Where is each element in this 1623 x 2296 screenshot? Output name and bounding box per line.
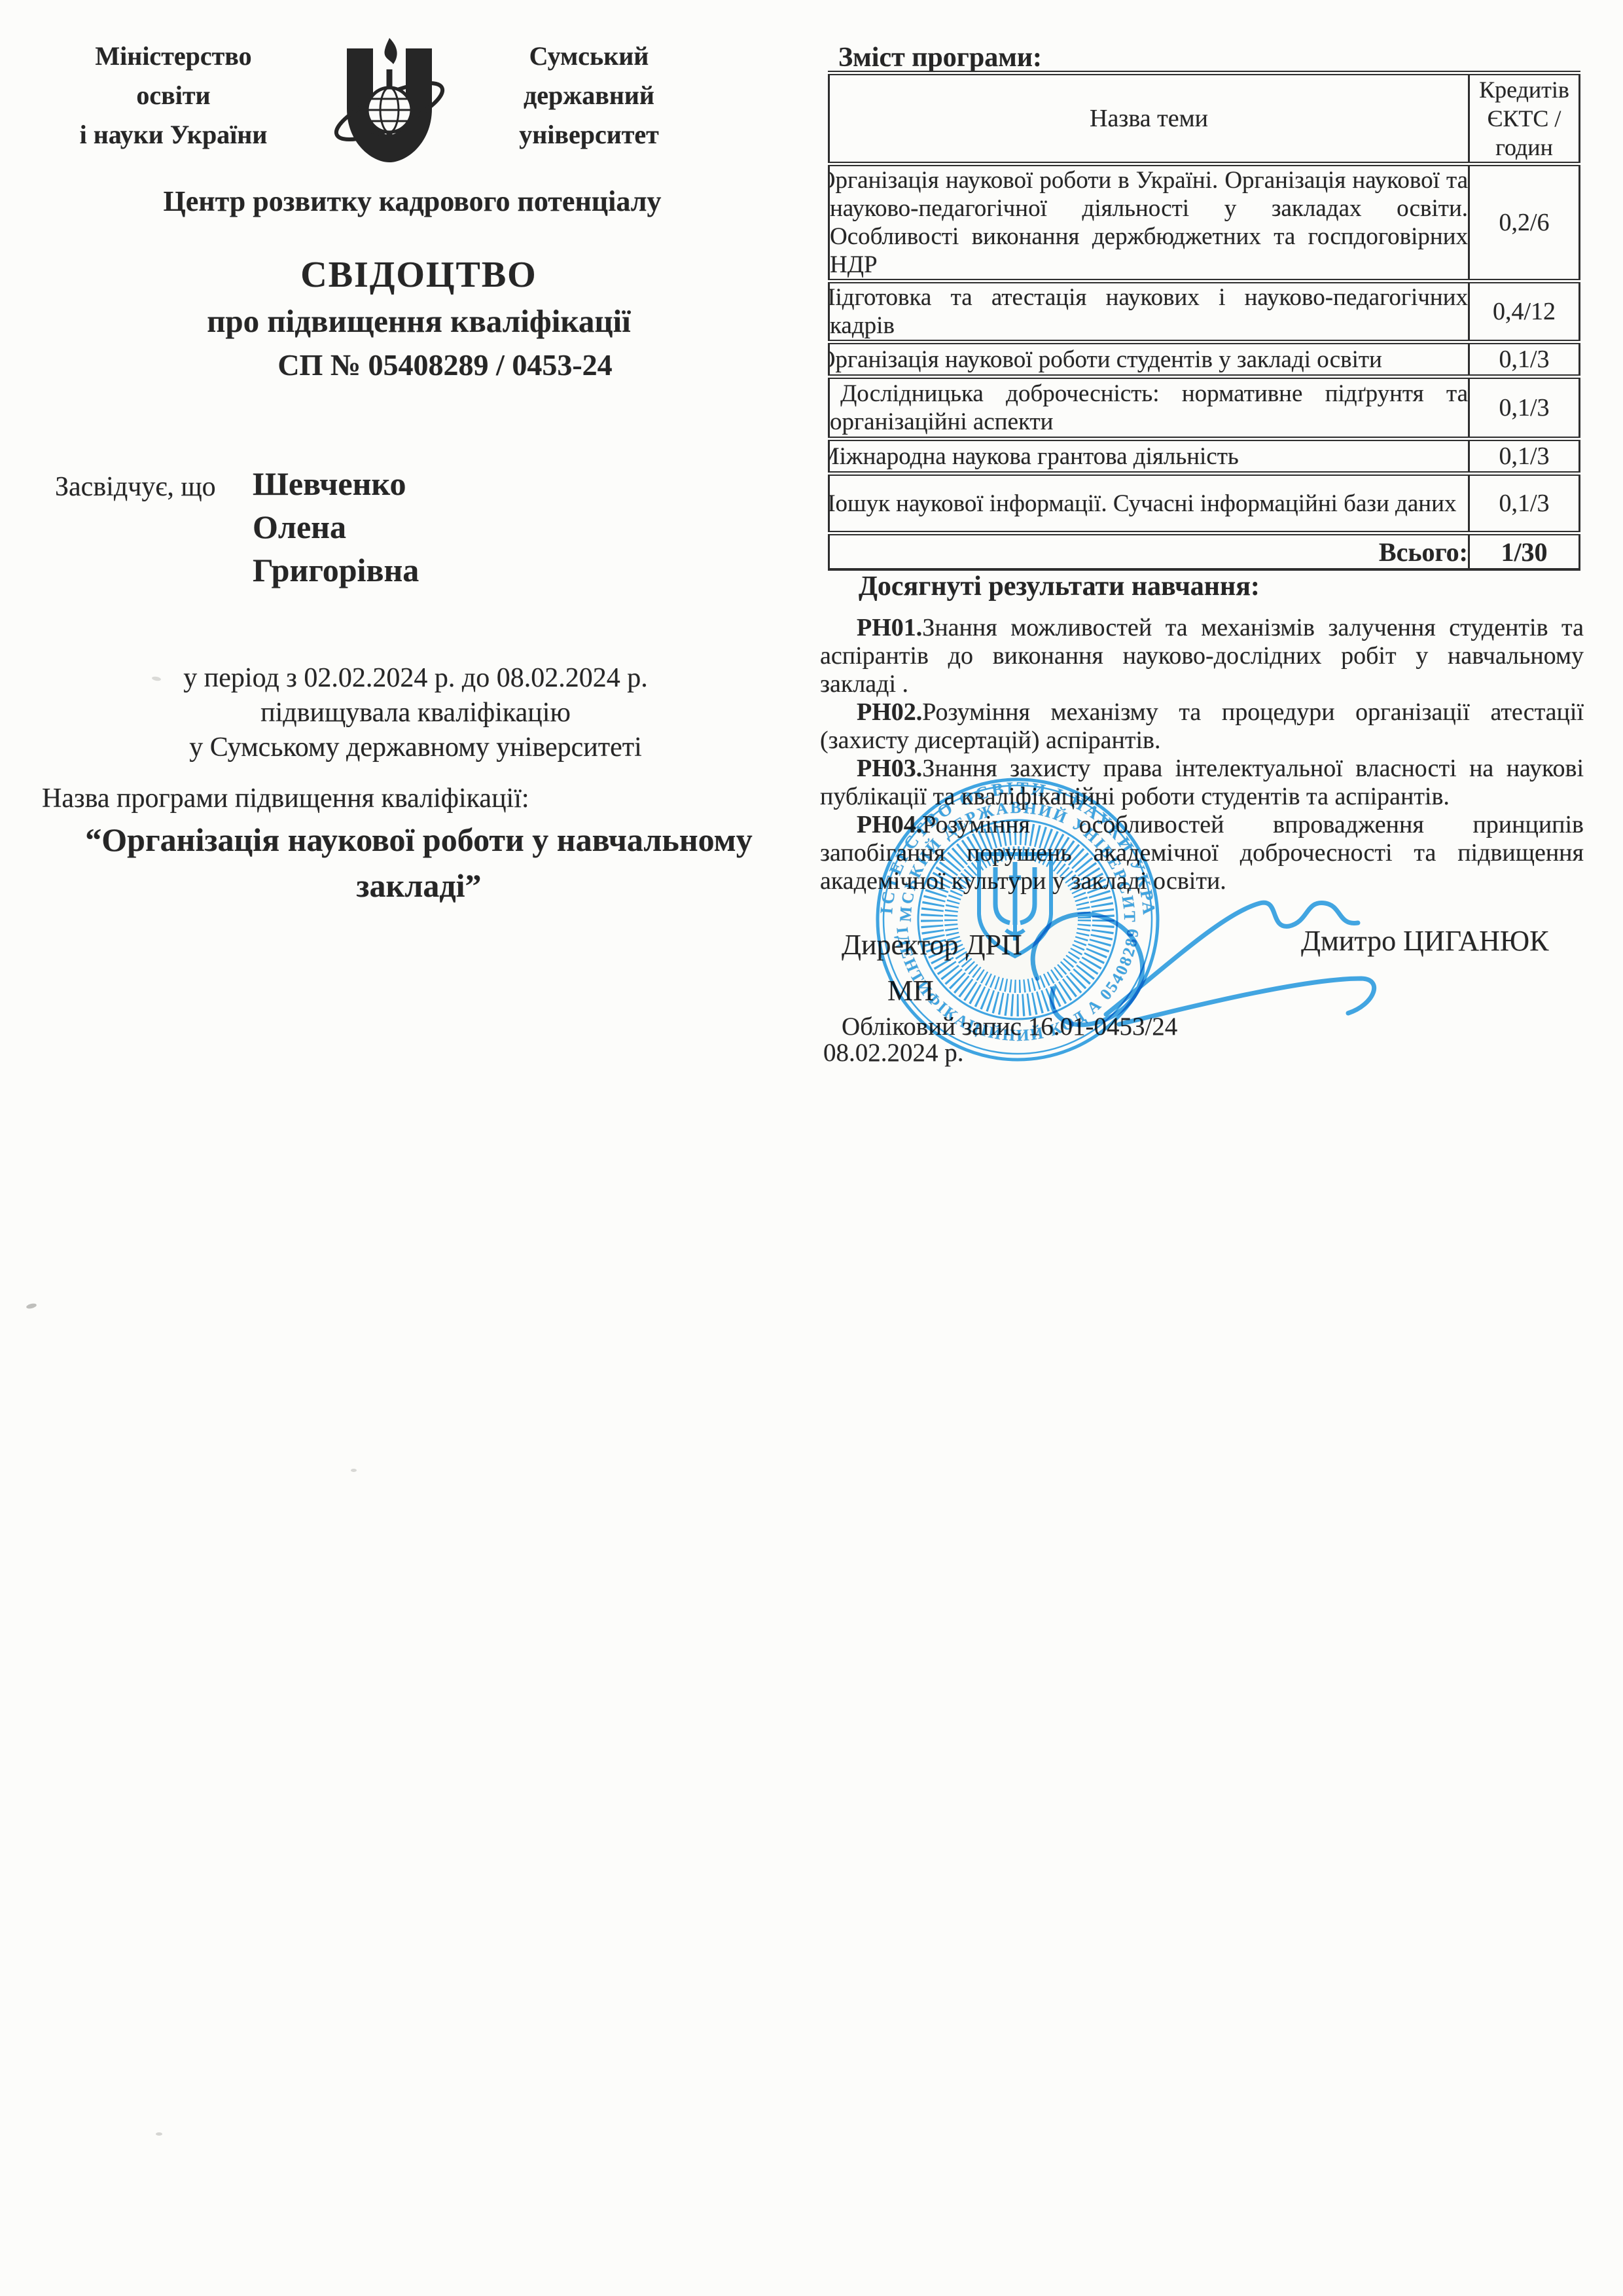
outcomes-heading: Досягнуті результати навчання: [859, 571, 1260, 602]
director-signature [982, 864, 1400, 1073]
scan-speck [351, 1469, 357, 1472]
certificate-title-word: СВІДОЦТВО [59, 254, 779, 296]
issuing-center-name: Центр розвитку кадрового потенціалу [52, 185, 772, 218]
university-line: Сумський [507, 37, 671, 76]
university-line: університет [507, 115, 671, 154]
ministry-line: і науки України [65, 115, 281, 154]
credits-cell: 0,1/3 [1469, 474, 1580, 533]
holder-surname: Шевченко [253, 462, 419, 505]
topic-cell: 1.Організація наукової роботи в Україні.… [829, 164, 1469, 281]
topic-cell: 5.Міжнародна наукова грантова діяльність [829, 439, 1469, 474]
outcome-item: РН02.Розуміння механізму та процедури ор… [820, 698, 1584, 755]
topic-cell: 3.Організація наукової роботи студентів … [829, 342, 1469, 377]
table-row: 2.Підготовка та атестація наукових і нау… [829, 281, 1580, 342]
program-contents-table: Назва теми Кредитів ЄКТС / годин 1.Орган… [828, 71, 1580, 571]
outcome-text: Розуміння механізму та процедури організ… [820, 698, 1584, 754]
program-label: Назва програми підвищення кваліфікації: [42, 783, 529, 814]
period-action: підвищувала кваліфікацію [46, 696, 785, 730]
holder-patronymic: Григорівна [253, 548, 419, 592]
program-name-line: “Організація наукової роботи у навчально… [26, 817, 811, 863]
table-total-row: Всього: 1/30 [829, 533, 1580, 570]
table-header-row: Назва теми Кредитів ЄКТС / годин [829, 73, 1580, 164]
certificate-number: СП № 05408289 / 0453-24 [85, 348, 805, 382]
ministry-name: Міністерство освіти і науки України [65, 37, 281, 154]
table-row: 5.Міжнародна наукова грантова діяльність… [829, 439, 1580, 474]
table-row: 6.Пошук наукової інформації. Сучасні інф… [829, 474, 1580, 533]
certificate-title: СВІДОЦТВО про підвищення кваліфікації СП… [59, 254, 779, 382]
credits-cell: 0,4/12 [1469, 281, 1580, 342]
period-place: у Сумському державному університеті [46, 730, 785, 765]
certificate-scan-page: Міністерство освіти і науки України Сумс… [0, 0, 1623, 2296]
scan-speck [156, 2132, 162, 2136]
certify-label: Засвідчує, що [55, 471, 216, 503]
credits-cell: 0,2/6 [1469, 164, 1580, 281]
topic-cell: 4. Дослідницька доброчесність: нормативн… [829, 377, 1469, 439]
holder-firstname: Олена [253, 505, 419, 548]
topic-cell: 6.Пошук наукової інформації. Сучасні інф… [829, 474, 1469, 533]
outcome-item: РН01.Знання можливостей та механізмів за… [820, 614, 1584, 698]
sumdu-logo-icon [327, 34, 452, 175]
university-line: державний [507, 76, 671, 115]
holder-name: Шевченко Олена Григорівна [253, 462, 419, 592]
certificate-subtitle: про підвищення кваліфікації [59, 302, 779, 340]
university-name: Сумський державний університет [507, 37, 671, 154]
total-value: 1/30 [1469, 533, 1580, 570]
outcome-code: РН02. [857, 698, 922, 726]
column-header-credits: Кредитів ЄКТС / годин [1469, 73, 1580, 164]
ministry-line: освіти [65, 76, 281, 115]
outcome-code: РН01. [857, 614, 922, 641]
ministry-line: Міністерство [65, 37, 281, 76]
program-name-line: закладі” [26, 863, 811, 908]
table-row: 1.Організація наукової роботи в Україні.… [829, 164, 1580, 281]
credits-cell: 0,1/3 [1469, 439, 1580, 474]
credits-cell: 0,1/3 [1469, 377, 1580, 439]
program-name: “Організація наукової роботи у навчально… [26, 817, 811, 908]
scan-speck [26, 1302, 37, 1310]
table-row: 4. Дослідницька доброчесність: нормативн… [829, 377, 1580, 439]
topic-cell: 2.Підготовка та атестація наукових і нау… [829, 281, 1469, 342]
outcome-text: Знання можливостей та механізмів залучен… [820, 614, 1584, 698]
credits-cell: 0,1/3 [1469, 342, 1580, 377]
column-header-topic: Назва теми [829, 73, 1469, 164]
total-label: Всього: [829, 533, 1469, 570]
table-row: 3.Організація наукової роботи студентів … [829, 342, 1580, 377]
contents-heading: Зміст програми: [838, 42, 1042, 73]
